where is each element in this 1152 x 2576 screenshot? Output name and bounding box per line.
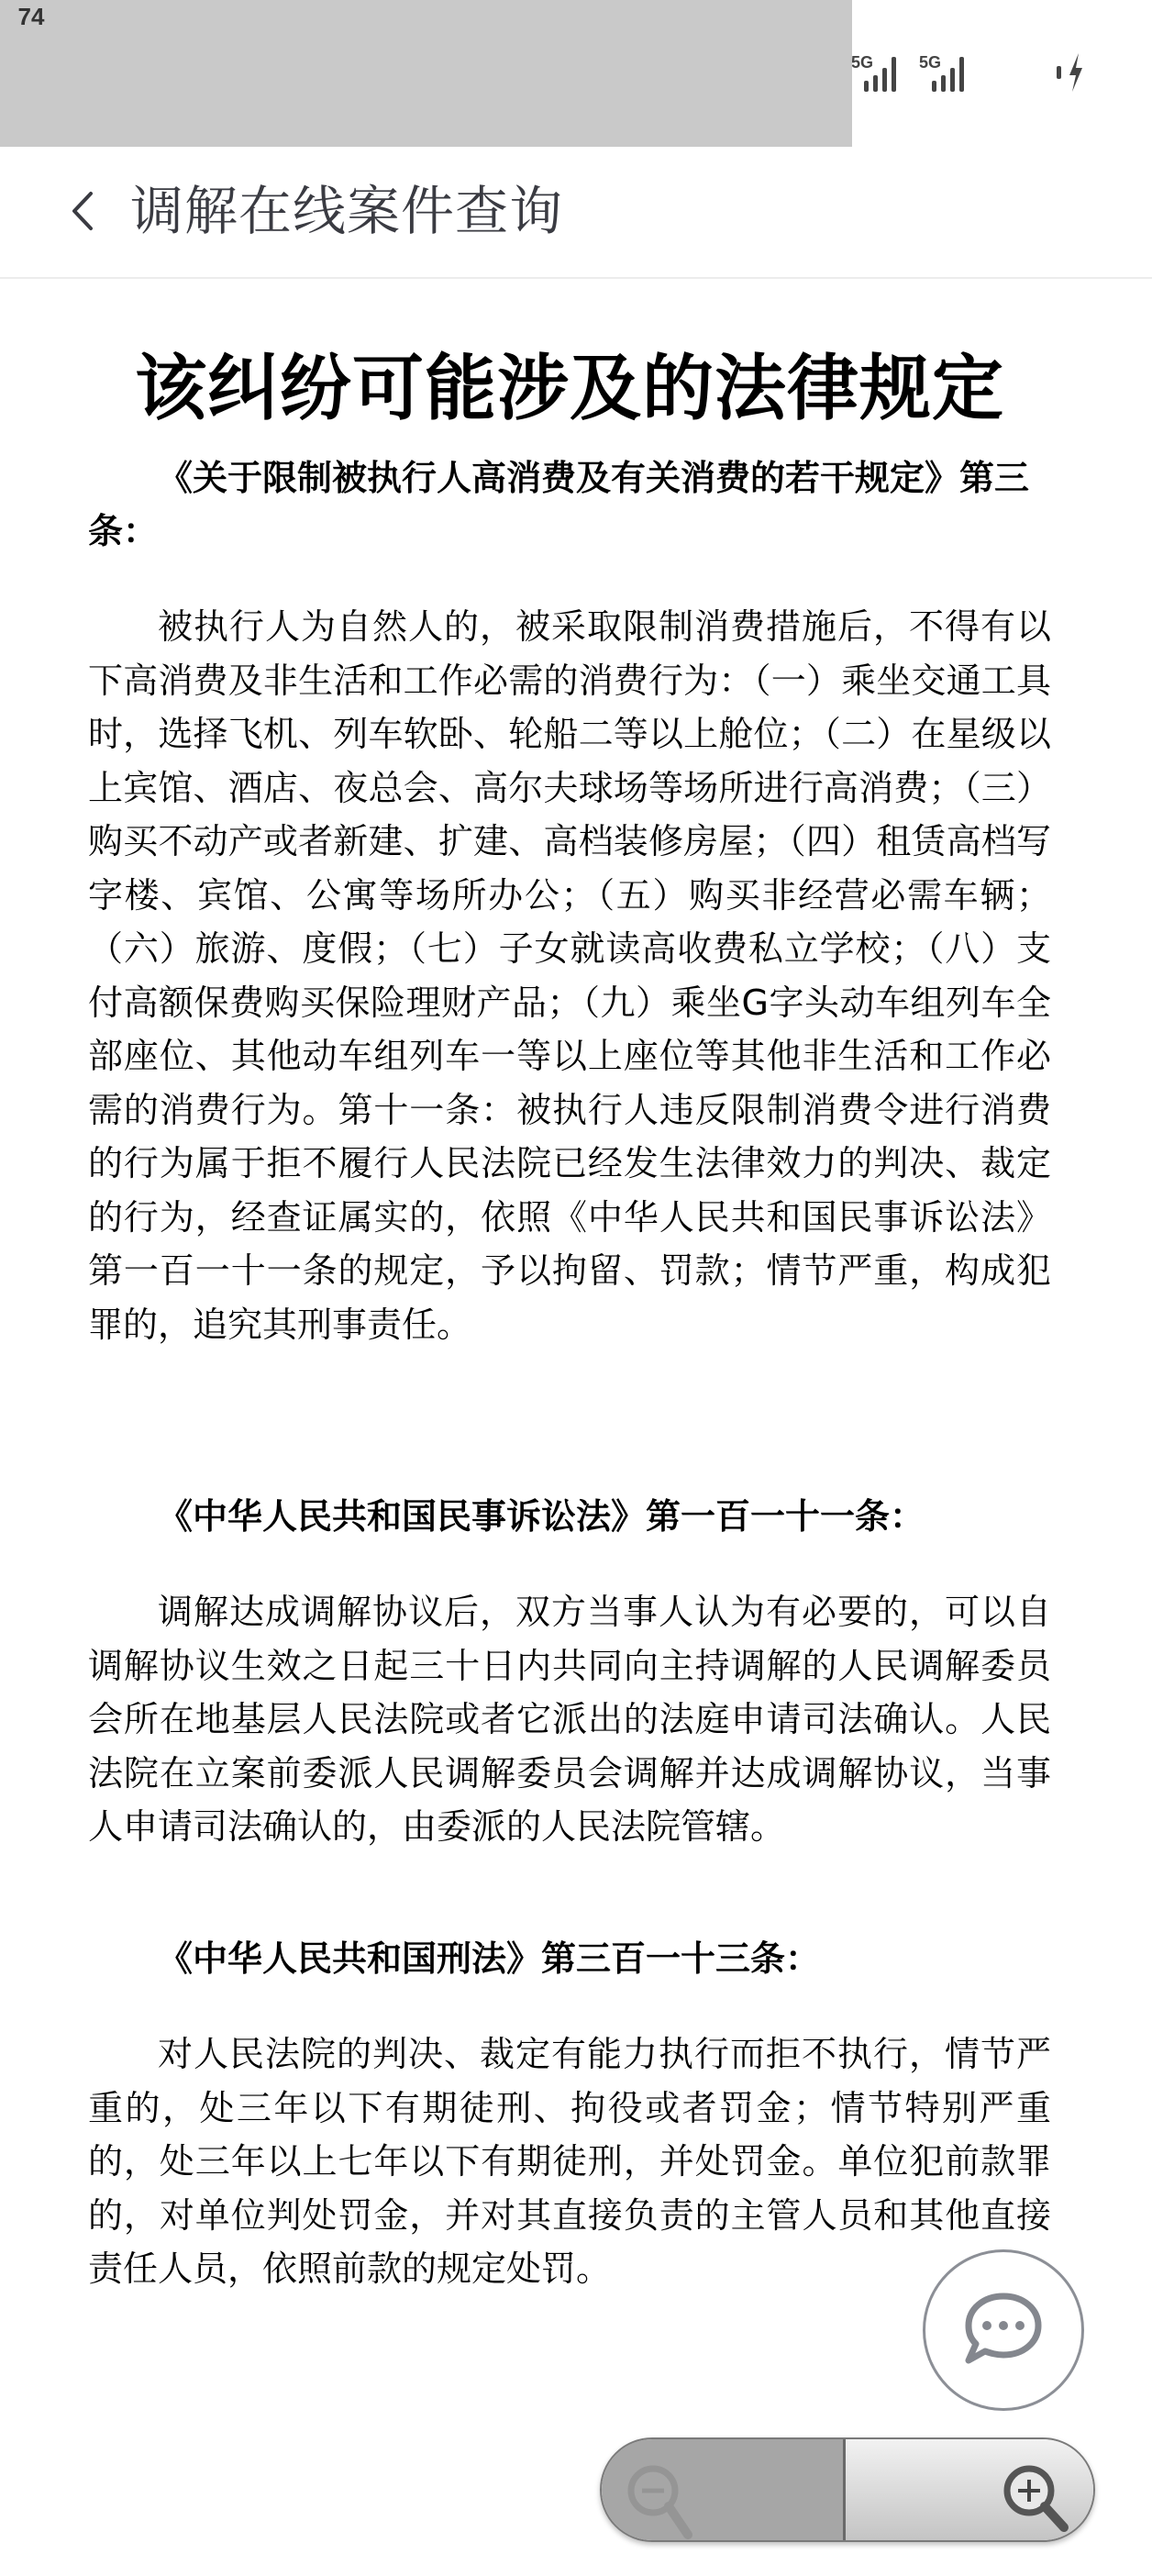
section-criminal-law: 《中华人民共和国刑法》第三百一十三条： 对人民法院的判决、裁定有能力执行而拒不执… bbox=[88, 1932, 1051, 2296]
section-heading: 《关于限制被执行人高消费及有关消费的若干规定》第三条： bbox=[88, 451, 1051, 558]
status-bar: 17:23 HONOR 美团 春节不打烊 6 1↓ 5G bbox=[0, 0, 1152, 147]
section-civil-procedure-law: 《中华人民共和国民事诉讼法》第一百一十一条： 调解达成调解协议后，双方当事人认为… bbox=[88, 1490, 1051, 1854]
section-body: 调解达成调解协议后，双方当事人认为有必要的，可以自调解协议生效之日起三十日内共同… bbox=[88, 1585, 1051, 1854]
battery-icon: 74 bbox=[0, 0, 62, 33]
page-title: 该纠纷可能涉及的法律规定 bbox=[88, 343, 1051, 435]
zoom-control bbox=[600, 2437, 1095, 2542]
battery-level: 74 bbox=[4, 4, 59, 29]
zoom-out-button[interactable] bbox=[602, 2439, 846, 2540]
zoom-in-button[interactable] bbox=[846, 2439, 1093, 2540]
section-body: 被执行人为自然人的，被采取限制消费措施后，不得有以下高消费及非生活和工作必需的消… bbox=[88, 600, 1051, 1351]
chevron-left-icon[interactable] bbox=[69, 190, 96, 232]
section-consumption-restriction: 《关于限制被执行人高消费及有关消费的若干规定》第三条： 被执行人为自然人的，被采… bbox=[88, 451, 1051, 1351]
zoom-out-icon[interactable] bbox=[622, 2458, 704, 2540]
zoom-in-icon[interactable] bbox=[998, 2458, 1080, 2540]
svg-text:5G: 5G bbox=[851, 53, 873, 72]
section-body: 对人民法院的判决、裁定有能力执行而拒不执行，情节严重的，处三年以下有期徒刑、拘役… bbox=[88, 2027, 1051, 2296]
section-heading: 《中华人民共和国刑法》第三百一十三条： bbox=[88, 1932, 1051, 1985]
chat-bubble-icon[interactable] bbox=[961, 2291, 1046, 2370]
battery-tip bbox=[1057, 66, 1061, 79]
nav-bar: 调解在线案件查询 bbox=[0, 147, 1152, 279]
section-heading: 《中华人民共和国民事诉讼法》第一百一十一条： bbox=[88, 1490, 1051, 1543]
charging-bolt-icon bbox=[1068, 53, 1084, 92]
svg-text:5G: 5G bbox=[919, 53, 941, 72]
signal-5g-icon-1: 5G bbox=[851, 51, 904, 94]
signal-5g-icon-2: 5G bbox=[919, 51, 972, 94]
nav-title: 调解在线案件查询 bbox=[130, 174, 563, 248]
back-button[interactable] bbox=[55, 174, 110, 248]
chat-floating-button[interactable] bbox=[923, 2249, 1084, 2411]
